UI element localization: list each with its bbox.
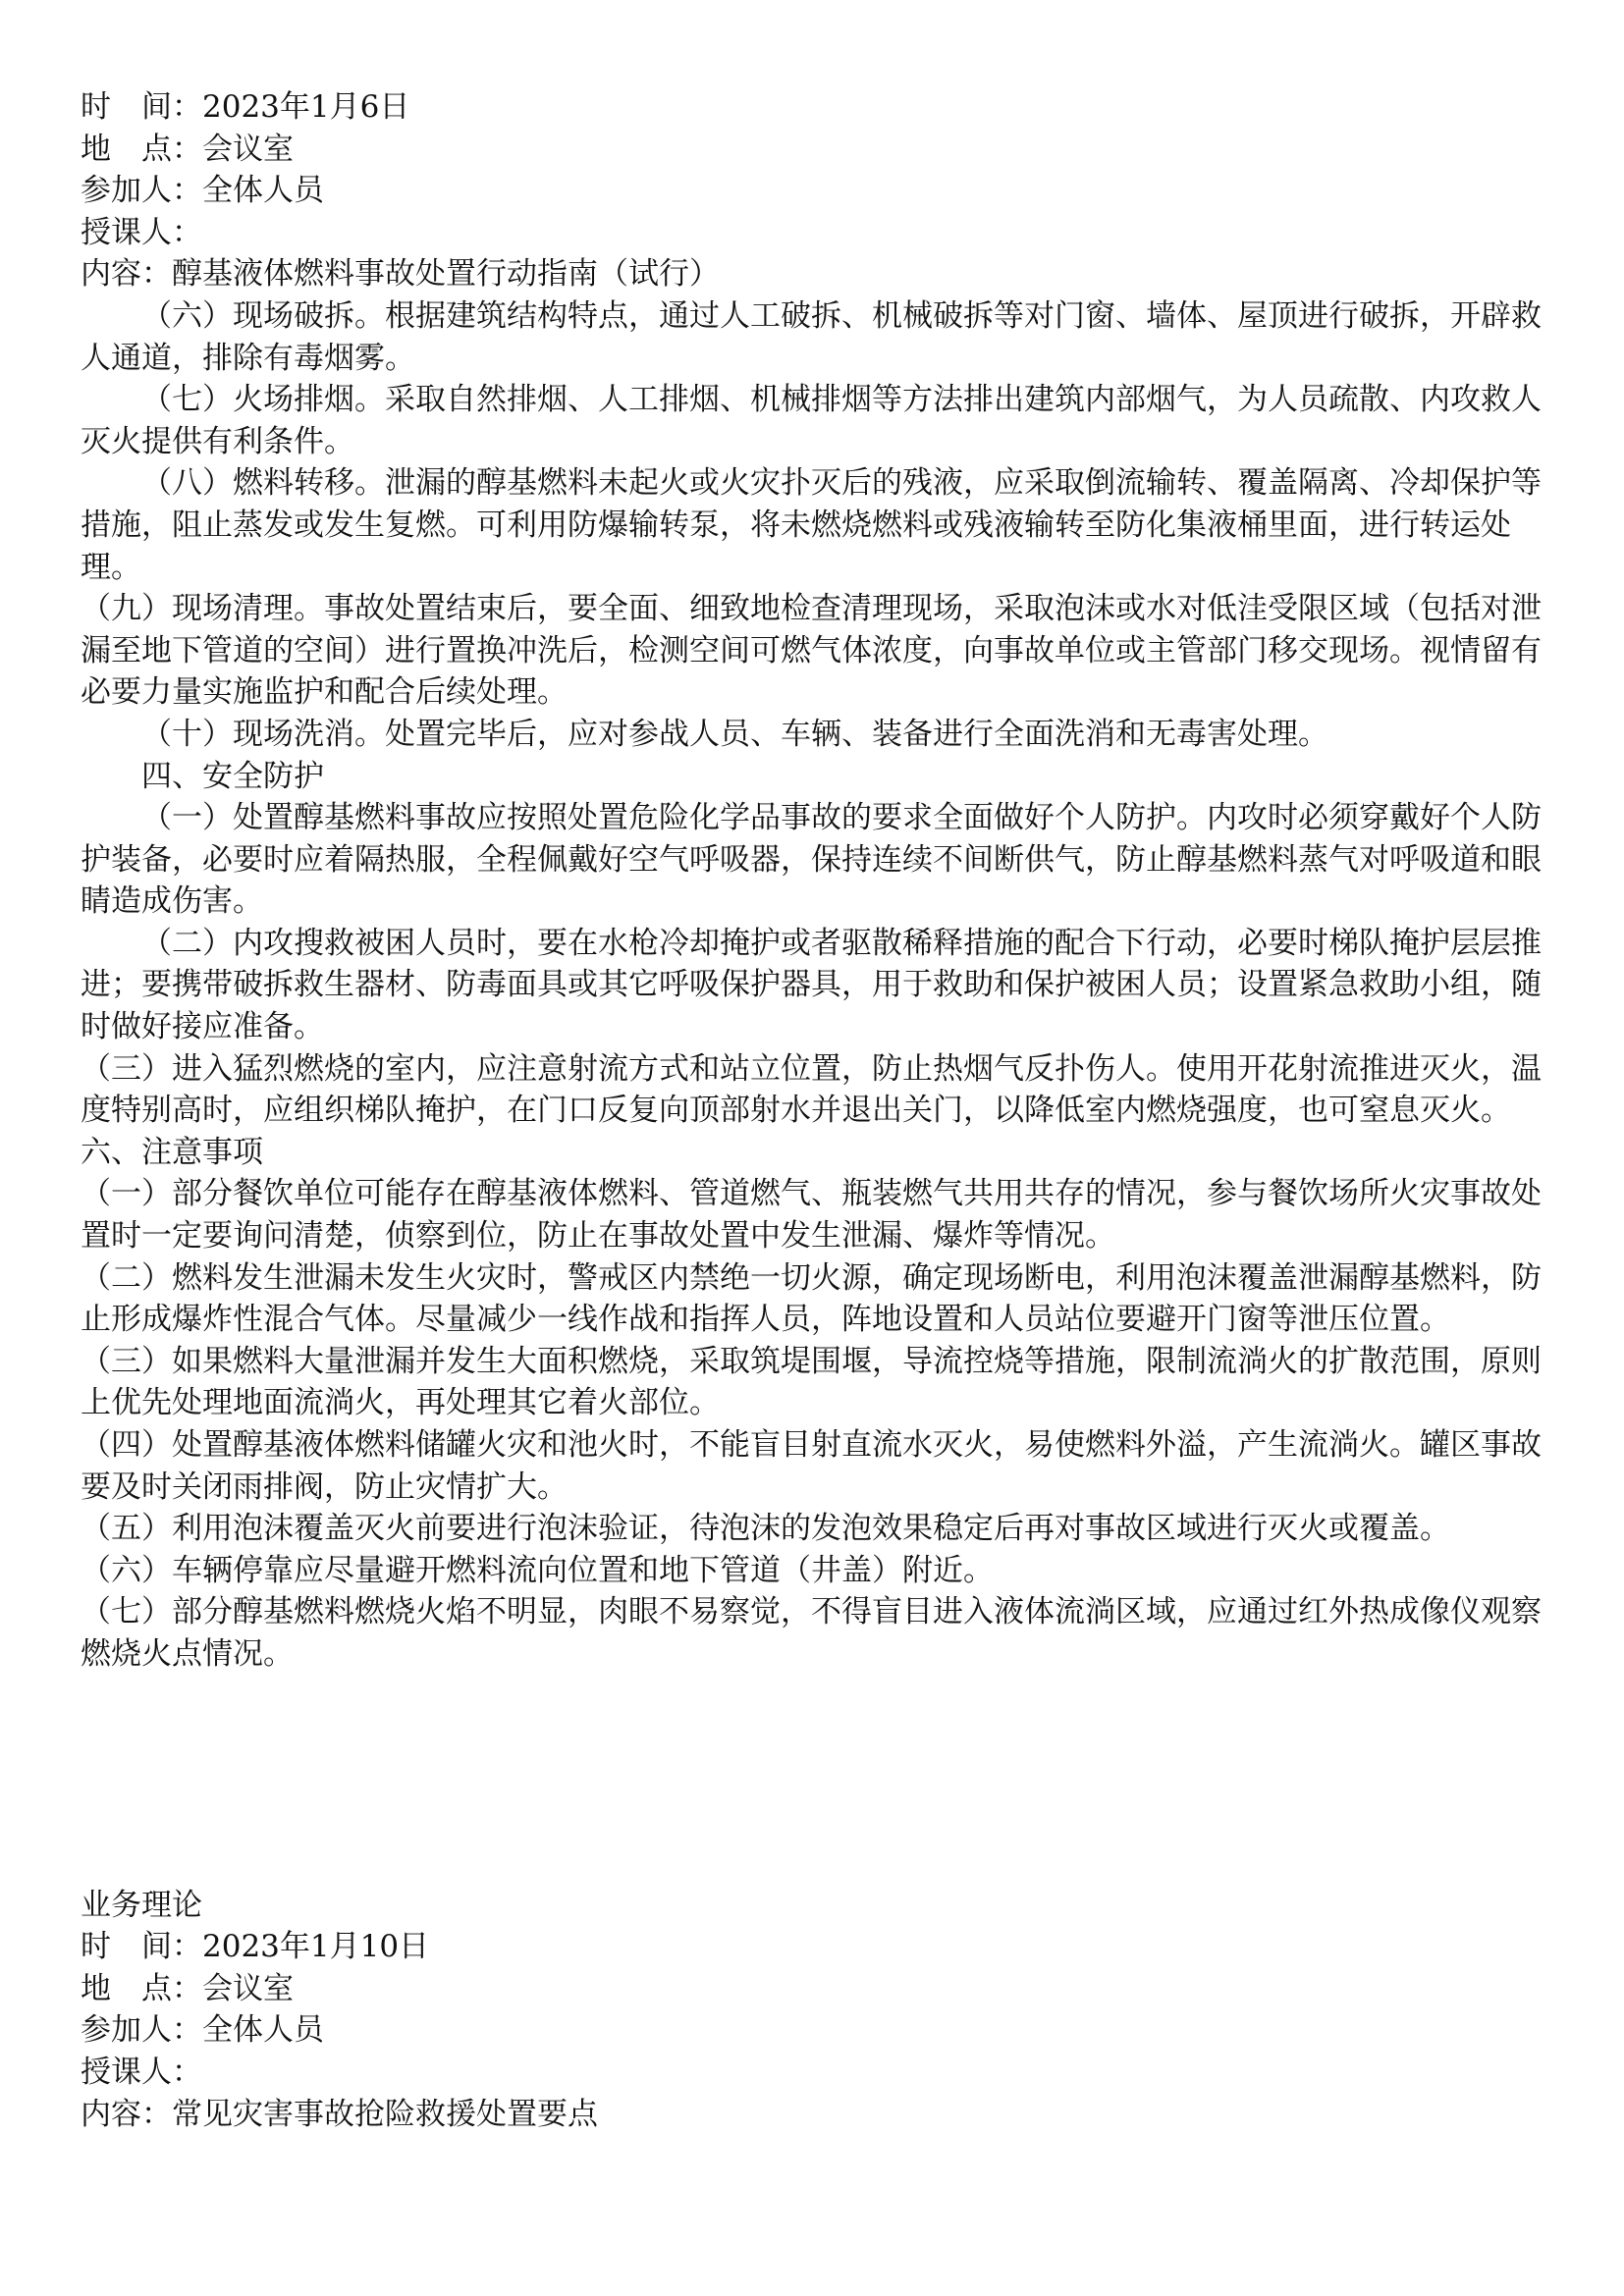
blank-space	[81, 1676, 1553, 1885]
section-heading: 四、安全防护	[81, 756, 1553, 798]
session-content: 内容：醇基液体燃料事故处置行动指南（试行）	[81, 253, 1553, 295]
session-place: 地 点：会议室	[81, 1968, 1553, 2010]
session-attendees: 参加人：全体人员	[81, 170, 1553, 212]
paragraph: （六）现场破拆。根据建筑结构特点，通过人工破拆、机械破拆等对门窗、墙体、屋顶进行…	[81, 295, 1553, 379]
session-1-header: 时 间：2023年1月6日 地 点：会议室 参加人：全体人员 授课人： 内容：醇…	[81, 86, 1553, 295]
paragraph: （六）车辆停靠应尽量避开燃料流向位置和地下管道（井盖）附近。	[81, 1550, 1553, 1592]
session-time: 时 间：2023年1月10日	[81, 1926, 1553, 1968]
session-2-header: 业务理论 时 间：2023年1月10日 地 点：会议室 参加人：全体人员 授课人…	[81, 1885, 1553, 2136]
session-1-body: （六）现场破拆。根据建筑结构特点，通过人工破拆、机械破拆等对门窗、墙体、屋顶进行…	[81, 295, 1553, 1676]
paragraph: （三）进入猛烈燃烧的室内，应注意射流方式和站立位置，防止热烟气反扑伤人。使用开花…	[81, 1048, 1553, 1132]
session-instructor: 授课人：	[81, 212, 1553, 254]
paragraph: （七）火场排烟。采取自然排烟、人工排烟、机械排烟等方法排出建筑内部烟气，为人员疏…	[81, 379, 1553, 462]
paragraph: （十）现场洗消。处置完毕后，应对参战人员、车辆、装备进行全面洗消和无毒害处理。	[81, 714, 1553, 756]
session-time: 时 间：2023年1月6日	[81, 86, 1553, 129]
session-attendees: 参加人：全体人员	[81, 2009, 1553, 2052]
session-category: 业务理论	[81, 1885, 1553, 1927]
paragraph: （四）处置醇基液体燃料储罐火灾和池火时，不能盲目射直流水灭火，易使燃料外溢，产生…	[81, 1424, 1553, 1508]
paragraph: （七）部分醇基燃料燃烧火焰不明显，肉眼不易察觉，不得盲目进入液体流淌区域，应通过…	[81, 1591, 1553, 1675]
paragraph: （三）如果燃料大量泄漏并发生大面积燃烧，采取筑堤围堰，导流控烧等措施，限制流淌火…	[81, 1341, 1553, 1424]
paragraph: （一）部分餐饮单位可能存在醇基液体燃料、管道燃气、瓶装燃气共用共存的情况，参与餐…	[81, 1173, 1553, 1256]
section-heading: 六、注意事项	[81, 1132, 1553, 1174]
session-content: 内容：常见灾害事故抢险救援处置要点	[81, 2094, 1553, 2136]
session-instructor: 授课人：	[81, 2052, 1553, 2094]
paragraph: （二）燃料发生泄漏未发生火灾时，警戒区内禁绝一切火源，确定现场断电，利用泡沫覆盖…	[81, 1257, 1553, 1341]
session-place: 地 点：会议室	[81, 129, 1553, 171]
document-page: 时 间：2023年1月6日 地 点：会议室 参加人：全体人员 授课人： 内容：醇…	[81, 86, 1553, 2135]
paragraph: （一）处置醇基燃料事故应按照处置危险化学品事故的要求全面做好个人防护。内攻时必须…	[81, 797, 1553, 923]
paragraph: （八）燃料转移。泄漏的醇基燃料未起火或火灾扑灭后的残液，应采取倒流输转、覆盖隔离…	[81, 462, 1553, 588]
paragraph: （五）利用泡沫覆盖灭火前要进行泡沫验证，待泡沫的发泡效果稳定后再对事故区域进行灭…	[81, 1508, 1553, 1550]
paragraph: （九）现场清理。事故处置结束后，要全面、细致地检查清理现场，采取泡沫或水对低洼受…	[81, 588, 1553, 714]
paragraph: （二）内攻搜救被困人员时，要在水枪冷却掩护或者驱散稀释措施的配合下行动，必要时梯…	[81, 923, 1553, 1048]
